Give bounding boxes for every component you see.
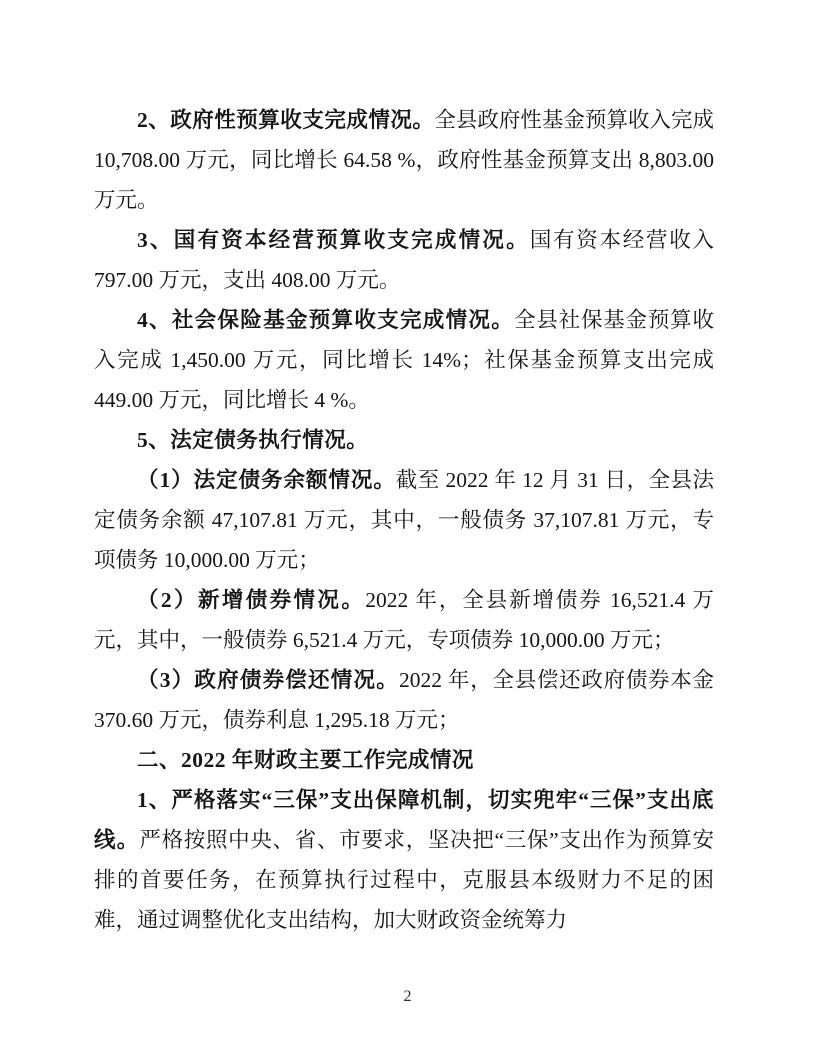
para-govt-fund-budget-lead: 2、政府性预算收支完成情况。 [137, 108, 434, 132]
para-new-bonds-lead: （2）新增债券情况。 [137, 588, 365, 612]
para-social-insurance-budget: 4、社会保险基金预算收支完成情况。全县社保基金预算收入完成 1,450.00 万… [94, 300, 714, 420]
document-body: 2、政府性预算收支完成情况。全县政府性基金预算收入完成 10,708.00 万元… [94, 100, 714, 940]
page-number: 2 [0, 988, 815, 1006]
para-social-insurance-budget-lead: 4、社会保险基金预算收支完成情况。 [137, 308, 514, 332]
para-three-guarantees: 1、严格落实“三保”支出保障机制，切实兜牢“三保”支出底线。严格按照中央、省、市… [94, 780, 714, 940]
heading-legal-debt-lead: 5、法定债务执行情况。 [137, 428, 368, 452]
para-new-bonds: （2）新增债券情况。2022 年，全县新增债券 16,521.4 万元，其中，一… [94, 580, 714, 660]
para-state-capital-budget: 3、国有资本经营预算收支完成情况。国有资本经营收入 797.00 万元，支出 4… [94, 220, 714, 300]
heading-section-two-lead: 二、2022 年财政主要工作完成情况 [137, 748, 474, 772]
heading-legal-debt: 5、法定债务执行情况。 [94, 420, 714, 460]
document-page: 2、政府性预算收支完成情况。全县政府性基金预算收入完成 10,708.00 万元… [0, 0, 815, 1055]
para-bond-repayment-lead: （3）政府债券偿还情况。 [137, 668, 399, 692]
para-debt-balance-lead: （1）法定债务余额情况。 [137, 468, 396, 492]
para-bond-repayment: （3）政府债券偿还情况。2022 年，全县偿还政府债券本金 370.60 万元，… [94, 660, 714, 740]
para-debt-balance: （1）法定债务余额情况。截至 2022 年 12 月 31 日，全县法定债务余额… [94, 460, 714, 580]
heading-section-two: 二、2022 年财政主要工作完成情况 [94, 740, 714, 780]
para-govt-fund-budget: 2、政府性预算收支完成情况。全县政府性基金预算收入完成 10,708.00 万元… [94, 100, 714, 220]
para-three-guarantees-text: 严格按照中央、省、市要求，坚决把“三保”支出作为预算安排的首要任务，在预算执行过… [94, 828, 714, 932]
para-state-capital-budget-lead: 3、国有资本经营预算收支完成情况。 [137, 228, 530, 252]
